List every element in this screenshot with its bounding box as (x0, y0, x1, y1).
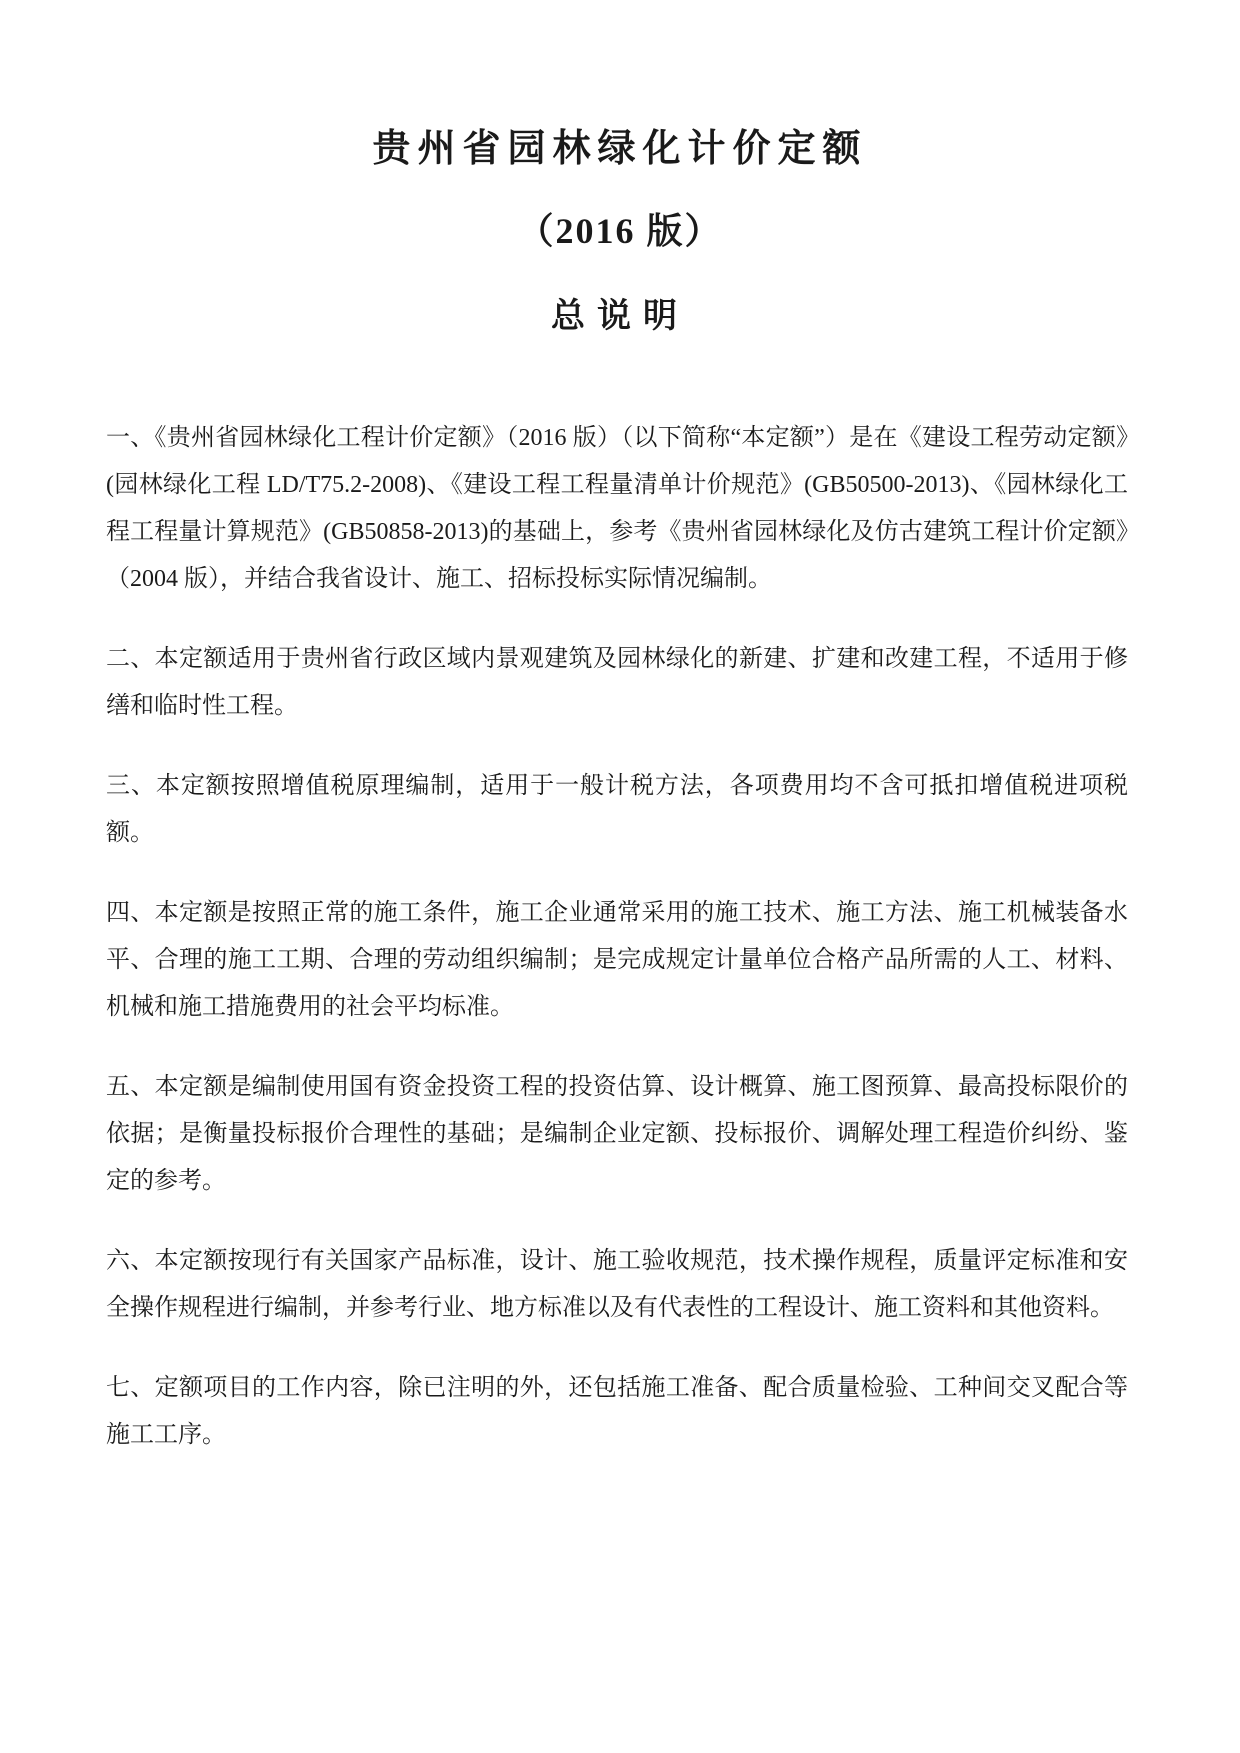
paragraph-2: 二、本定额适用于贵州省行政区域内景观建筑及园林绿化的新建、扩建和改建工程，不适用… (106, 636, 1128, 730)
paragraph-4: 四、本定额是按照正常的施工条件，施工企业通常采用的施工技术、施工方法、施工机械装… (106, 890, 1128, 1031)
document-body: 一、《贵州省园林绿化工程计价定额》（2016 版）（以下简称“本定额”）是在《建… (106, 415, 1128, 1459)
paragraph-3: 三、本定额按照增值税原理编制，适用于一般计税方法，各项费用均不含可抵扣增值税进项… (106, 763, 1128, 857)
paragraph-1: 一、《贵州省园林绿化工程计价定额》（2016 版）（以下简称“本定额”）是在《建… (106, 415, 1128, 603)
section-heading: 总说明 (0, 297, 1240, 338)
paragraph-5: 五、本定额是编制使用国有资金投资工程的投资估算、设计概算、施工图预算、最高投标限… (106, 1064, 1128, 1205)
paragraph-7: 七、定额项目的工作内容，除已注明的外，还包括施工准备、配合质量检验、工种间交叉配… (106, 1365, 1128, 1459)
paragraph-6: 六、本定额按现行有关国家产品标准，设计、施工验收规范，技术操作规程，质量评定标准… (106, 1238, 1128, 1332)
document-title: 贵州省园林绿化计价定额 (0, 0, 1240, 174)
document-edition: （2016 版） (0, 210, 1240, 253)
document-page: 贵州省园林绿化计价定额 （2016 版） 总说明 一、《贵州省园林绿化工程计价定… (0, 0, 1240, 1753)
